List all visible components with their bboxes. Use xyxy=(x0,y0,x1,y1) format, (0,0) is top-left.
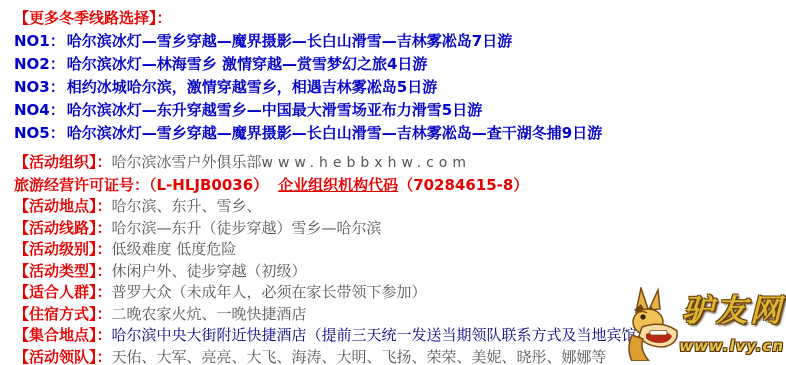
info-label: 【活动线路】： xyxy=(14,219,112,237)
routes-header: 【更多冬季线路选择】： xyxy=(14,7,786,30)
donkey-logo-icon xyxy=(621,287,687,365)
info-label: 【住宿方式】： xyxy=(14,305,112,323)
route-title: 哈尔滨冰灯—雪乡穿越—魔界摄影—长白山滑雪—吉林雾凇岛7日游 xyxy=(67,32,512,50)
info-row-type: 【活动类型】：休闲户外、徒步穿越（初级） xyxy=(14,261,786,283)
watermark-site-url: www.lvy.cn xyxy=(679,335,784,357)
route-link-no3[interactable]: NO3：相约冰城哈尔滨，激情穿越雪乡，相遇吉林雾凇岛5日游 xyxy=(14,76,786,99)
info-value: 哈尔滨、东升、雪乡、 xyxy=(112,197,262,215)
info-label: 【活动领队】： xyxy=(14,348,112,365)
route-title: 哈尔滨冰灯—林海雪乡 激情穿越—赏雪梦幻之旅4日游 xyxy=(67,55,428,73)
info-value: 哈尔滨—东升（徒步穿越）雪乡—哈尔滨 xyxy=(112,219,382,237)
organizer-line: 【活动组织】：哈尔滨冰雪户外俱乐部www.hebbxhw.com xyxy=(14,152,786,175)
watermark-text: 驴友网 www.lvy.cn xyxy=(679,291,784,357)
info-label: 【活动级别】： xyxy=(14,240,112,258)
site-watermark: 驴友网 www.lvy.cn xyxy=(621,291,786,365)
route-number: NO2： xyxy=(14,55,65,73)
org-code-label: 企业组织机构代码 xyxy=(278,176,398,194)
info-row-level: 【活动级别】：低级难度 低度危险 xyxy=(14,239,786,261)
info-value: 普罗大众（未成年人，必须在家长带领下参加） xyxy=(112,283,427,301)
info-label: 【适合人群】： xyxy=(14,283,112,301)
route-link-no2[interactable]: NO2：哈尔滨冰灯—林海雪乡 激情穿越—赏雪梦幻之旅4日游 xyxy=(14,53,786,76)
info-value: 休闲户外、徒步穿越（初级） xyxy=(112,262,307,280)
route-link-no5[interactable]: NO5：哈尔滨冰灯—雪乡穿越—魔界摄影—长白山滑雪—吉林雾凇岛—查干湖冬捕9日游 xyxy=(14,122,786,145)
info-label: 【活动类型】： xyxy=(14,262,112,280)
info-value: 天佑、大军、亮亮、大飞、海涛、大明、飞扬、荣荣、美妮、晓彤、娜娜等 xyxy=(112,348,607,365)
route-link-no4[interactable]: NO4：哈尔滨冰灯—东升穿越雪乡—中国最大滑雪场亚布力滑雪5日游 xyxy=(14,99,786,122)
route-title: 哈尔滨冰灯—雪乡穿越—魔界摄影—长白山滑雪—吉林雾凇岛—查干湖冬捕9日游 xyxy=(67,124,602,142)
organizer-website: www.hebbxhw.com xyxy=(262,155,471,171)
license-line: 旅游经营许可证号：（L-HLJB0036）企业组织机构代码（70284615-8… xyxy=(14,175,786,197)
route-number: NO4： xyxy=(14,101,65,119)
organizer-label: 【活动组织】： xyxy=(14,153,112,171)
info-value: 低级难度 低度危险 xyxy=(112,240,237,258)
info-label: 【集合地点】： xyxy=(14,326,112,344)
winter-routes-post: 【更多冬季线路选择】： NO1：哈尔滨冰灯—雪乡穿越—魔界摄影—长白山滑雪—吉林… xyxy=(0,0,786,365)
route-number: NO3： xyxy=(14,78,65,96)
info-row-route: 【活动线路】：哈尔滨—东升（徒步穿越）雪乡—哈尔滨 xyxy=(14,218,786,240)
route-title: 相约冰城哈尔滨，激情穿越雪乡，相遇吉林雾凇岛5日游 xyxy=(67,78,437,96)
info-row-location: 【活动地点】：哈尔滨、东升、雪乡、 xyxy=(14,196,786,218)
routes-block: 【更多冬季线路选择】： NO1：哈尔滨冰灯—雪乡穿越—魔界摄影—长白山滑雪—吉林… xyxy=(14,7,786,145)
info-label: 【活动地点】： xyxy=(14,197,112,215)
info-value: 二晚农家火炕、一晚快捷酒店 xyxy=(112,305,307,323)
route-number: NO1： xyxy=(14,32,65,50)
watermark-site-name: 驴友网 xyxy=(679,291,784,331)
organizer-club: 哈尔滨冰雪户外俱乐部 xyxy=(112,153,262,171)
route-title: 哈尔滨冰灯—东升穿越雪乡—中国最大滑雪场亚布力滑雪5日游 xyxy=(67,101,482,119)
license-number: 旅游经营许可证号：（L-HLJB0036） xyxy=(14,176,268,194)
route-number: NO5： xyxy=(14,124,65,142)
route-link-no1[interactable]: NO1：哈尔滨冰灯—雪乡穿越—魔界摄影—长白山滑雪—吉林雾凇岛7日游 xyxy=(14,30,786,53)
org-code-value: （70284615-8） xyxy=(398,176,528,194)
info-value: 哈尔滨中央大街附近快捷酒店（提前三天统一发送当期领队联系方式及当地宾馆地址） xyxy=(112,326,682,344)
